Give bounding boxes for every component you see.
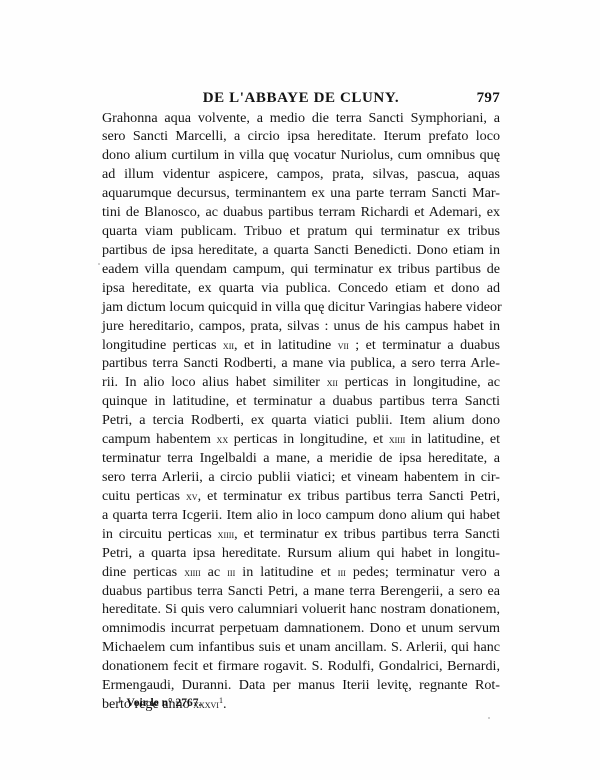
- text-line: aquarumque decursus, terminantem ex una …: [102, 184, 500, 203]
- text-line: terminatur terra Ingelbaldi a mane, a me…: [102, 449, 500, 468]
- roman-numeral: xiiii: [184, 565, 200, 579]
- scan-speck: [98, 263, 100, 265]
- text-line: dono alium curtilum in villa quę vocatur…: [102, 146, 500, 165]
- text-line: Grahonna aqua volvente, a medio die terr…: [102, 109, 500, 128]
- text-line: donationem fecit et firmare rogavit. S. …: [102, 657, 500, 676]
- text-line: in circuitu perticas xiiii, et terminatu…: [102, 525, 500, 544]
- roman-numeral: xii: [327, 375, 338, 389]
- text-line: sero Sancti Marcelli, a circio ipsa here…: [102, 127, 500, 146]
- text-line: hereditate. Si quis vero calumniari volu…: [102, 600, 500, 619]
- text-line: rii. In alio loco alius habet similiter …: [102, 373, 500, 392]
- roman-numeral: xiiii: [218, 527, 234, 541]
- footnote: 1Voir le n° 2767.: [118, 697, 201, 709]
- footnote-text: Voir le n° 2767.: [127, 697, 202, 709]
- text-line: partibus terra Sancti Rodberti, a mane v…: [102, 354, 500, 373]
- text-line: Petri, a tercia Rodberti, ex quarta viat…: [102, 411, 500, 430]
- text-line: tini de Blanosco, ac duabus partibus ter…: [102, 203, 500, 222]
- roman-numeral: iii: [338, 565, 346, 579]
- body-text: Grahonna aqua volvente, a medio die terr…: [102, 109, 500, 715]
- running-header: DE L'ABBAYE DE CLUNY. 797: [102, 90, 500, 110]
- scan-speck: [488, 717, 490, 719]
- text-line: ad illum videntur aspicere, campos, prat…: [102, 165, 500, 184]
- text-line: Petri, a quarta ipsa hereditate. Rursum …: [102, 544, 500, 563]
- text-line: dine perticas xiiii ac iii in latitudine…: [102, 563, 500, 582]
- footnote-reference: 1: [219, 696, 223, 705]
- text-line: quarta viam publicam. Tribuo et pratum q…: [102, 222, 500, 241]
- roman-numeral: xii: [223, 338, 234, 352]
- roman-numeral: vii: [338, 338, 349, 352]
- text-line: jure hereditario, campos, prata, silvas …: [102, 317, 500, 336]
- text-line: a quarta terra Icgerii. Item alio in loc…: [102, 506, 500, 525]
- roman-numeral: iii: [227, 565, 235, 579]
- text-line: partibus de ipsa hereditate, a quarta Sa…: [102, 241, 500, 260]
- running-title: DE L'ABBAYE DE CLUNY.: [102, 90, 500, 107]
- text-line: Ermengaudi, Duranni. Data per manus Iter…: [102, 676, 500, 695]
- roman-numeral: xx: [217, 432, 229, 446]
- document-page: DE L'ABBAYE DE CLUNY. 797 Grahonna aqua …: [0, 0, 600, 780]
- text-line: jam dictum locum quicquid in villa quę d…: [102, 298, 500, 317]
- text-line: omnimodis incurrat perpetuam damnationem…: [102, 619, 500, 638]
- text-line: eadem villa quendam campum, qui terminat…: [102, 260, 500, 279]
- text-line: campum habentem xx perticas in longitudi…: [102, 430, 500, 449]
- text-line: sero terra Arlerii, a circio publii viat…: [102, 468, 500, 487]
- text-line: ipsa hereditate, ex quarta via publica. …: [102, 279, 500, 298]
- text-line: cuitu perticas xv, et terminatur ex trib…: [102, 487, 500, 506]
- text-line: longitudine perticas xii, et in latitudi…: [102, 336, 500, 355]
- roman-numeral: xiiii: [389, 432, 405, 446]
- roman-numeral: xv: [186, 489, 198, 503]
- page-number: 797: [477, 90, 500, 107]
- text-line: duabus partibus terra Sancti Petri, a ma…: [102, 582, 500, 601]
- footnote-marker: 1: [118, 696, 122, 704]
- text-line: Michaelem cum infantibus suis et unam an…: [102, 638, 500, 657]
- text-line: quinque in latitudine, et terminatur a d…: [102, 392, 500, 411]
